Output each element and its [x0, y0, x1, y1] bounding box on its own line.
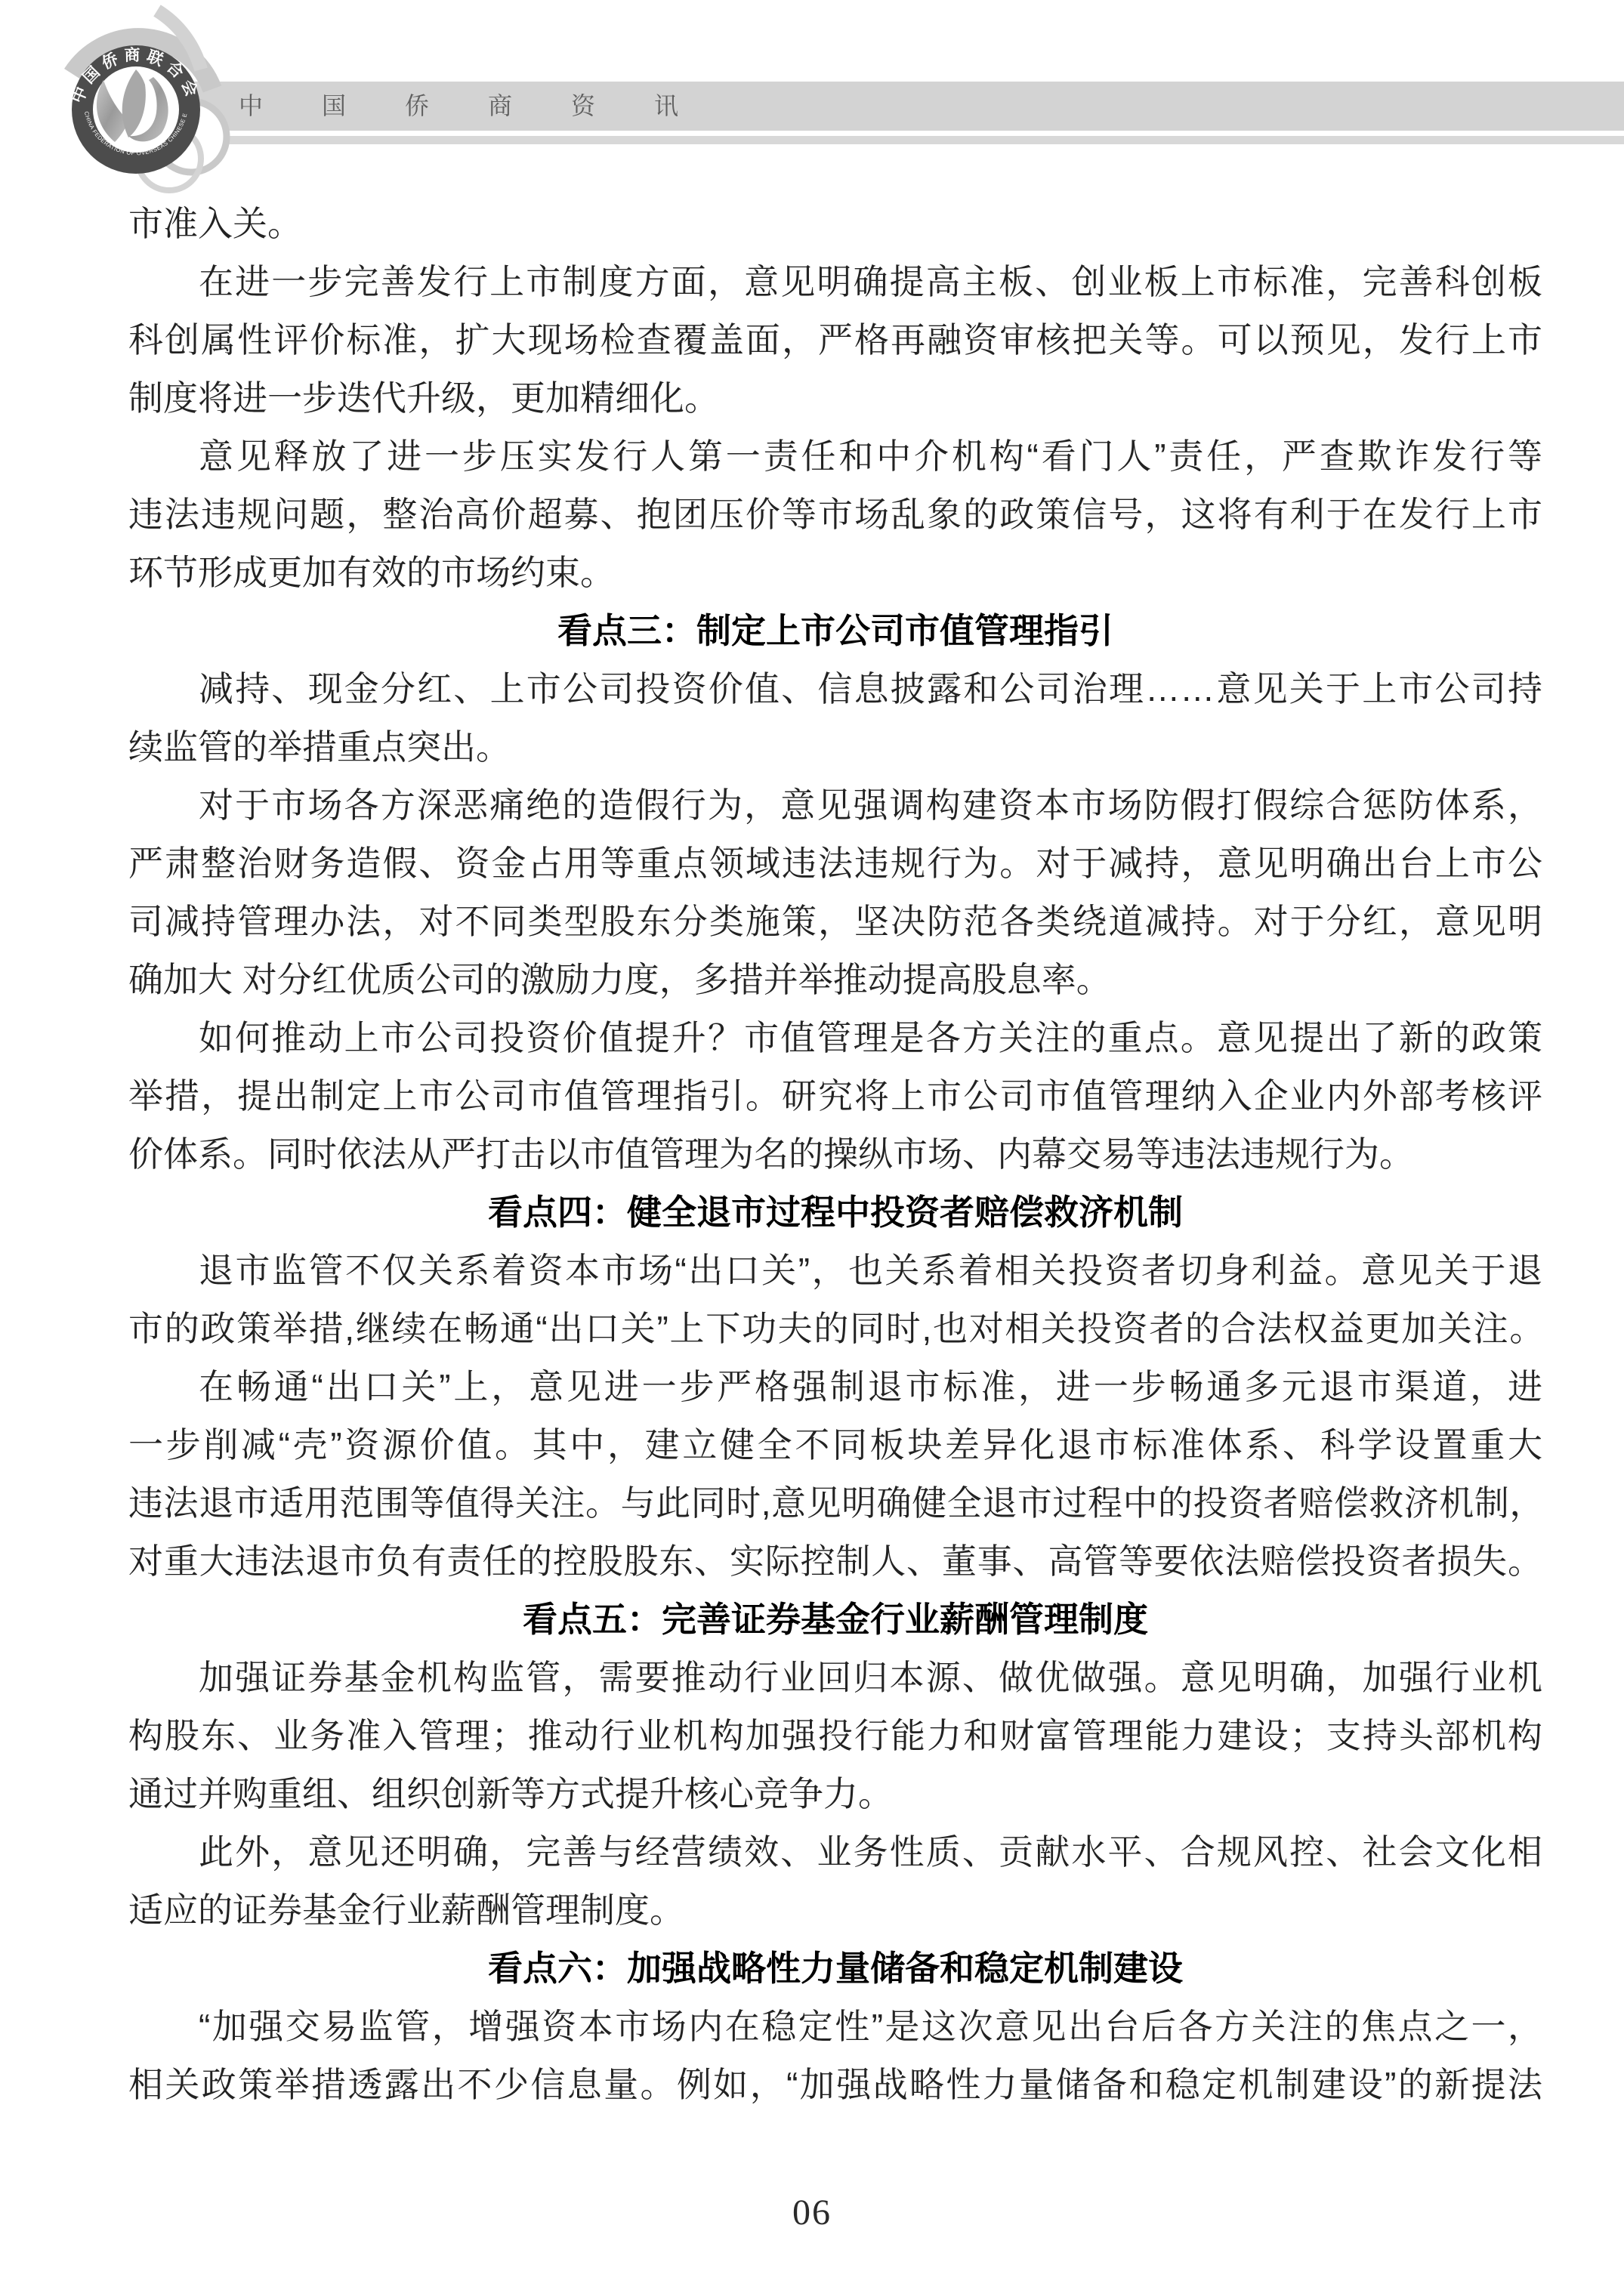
section-heading: 看点六：加强战略性力量储备和稳定机制建设 — [128, 1940, 1542, 1998]
text-line: 通过并购重组、组织创新等方式提升核心竞争力。 — [128, 1765, 1542, 1823]
text-line: 此外，意见还明确，完善与经营绩效、业务性质、贡献水平、合规风控、社会文化相 — [128, 1823, 1542, 1881]
federation-logo-icon: 中国侨商联合会 CHINA FEDERATION OF OVERSEAS CHI… — [0, 0, 257, 204]
text-line: 对于市场各方深恶痛绝的造假行为，意见强调构建资本市场防假打假综合惩防体系， — [128, 776, 1542, 835]
publication-title: 中国侨商资讯 — [239, 82, 737, 131]
page: 中国侨商资讯 中国侨商联合会 CHIN — [0, 0, 1624, 2293]
text-line: 环节形成更加有效的市场约束。 — [128, 544, 1542, 602]
page-number: 06 — [0, 2192, 1624, 2233]
text-line: 市准入关。 — [128, 195, 1542, 253]
text-line: 严肃整治财务造假、资金占用等重点领域违法违规行为。对于减持，意见明确出台上市公 — [128, 835, 1542, 893]
text-line: 对重大违法退市负有责任的控股股东、实际控制人、董事、高管等要依法赔偿投资者损失。 — [128, 1532, 1542, 1591]
article-body: 市准入关。在进一步完善发行上市制度方面，意见明确提高主板、创业板上市标准，完善科… — [128, 195, 1542, 2114]
text-line: 举措，提出制定上市公司市值管理指引。研究将上市公司市值管理纳入企业内外部考核评 — [128, 1067, 1542, 1125]
text-line: 在畅通“出口关”上，意见进一步严格强制退市标准，进一步畅通多元退市渠道，进 — [128, 1358, 1542, 1416]
text-line: 违法退市适用范围等值得关注。与此同时,意见明确健全退市过程中的投资者赔偿救济机制… — [128, 1474, 1542, 1532]
header-band-thin — [198, 136, 1624, 144]
text-line: 司减持管理办法，对不同类型股东分类施策，坚决防范各类绕道减持。对于分红，意见明 — [128, 893, 1542, 951]
text-line: 加强证券基金机构监管，需要推动行业回归本源、做优做强。意见明确，加强行业机 — [128, 1649, 1542, 1707]
text-line: 违法违规问题，整治高价超募、抱团压价等市场乱象的政策信号，这将有利于在发行上市 — [128, 486, 1542, 544]
section-heading: 看点三：制定上市公司市值管理指引 — [128, 602, 1542, 660]
text-line: 价体系。同时依法从严打击以市值管理为名的操纵市场、内幕交易等违法违规行为。 — [128, 1125, 1542, 1184]
text-line: “加强交易监管，增强资本市场内在稳定性”是这次意见出台后各方关注的焦点之一， — [128, 1998, 1542, 2056]
text-line: 科创属性评价标准，扩大现场检查覆盖面，严格再融资审核把关等。可以预见，发行上市 — [128, 311, 1542, 369]
text-line: 制度将进一步迭代升级，更加精细化。 — [128, 369, 1542, 427]
text-line: 续监管的举措重点突出。 — [128, 718, 1542, 776]
text-line: 适应的证券基金行业薪酬管理制度。 — [128, 1881, 1542, 1940]
text-line: 减持、现金分红、上市公司投资价值、信息披露和公司治理……意见关于上市公司持 — [128, 660, 1542, 718]
text-line: 如何推动上市公司投资价值提升？市值管理是各方关注的重点。意见提出了新的政策 — [128, 1009, 1542, 1067]
text-line: 在进一步完善发行上市制度方面，意见明确提高主板、创业板上市标准，完善科创板 — [128, 253, 1542, 311]
text-lines: 市准入关。在进一步完善发行上市制度方面，意见明确提高主板、创业板上市标准，完善科… — [128, 195, 1542, 2114]
text-line: 构股东、业务准入管理；推动行业机构加强投行能力和财富管理能力建设；支持头部机构 — [128, 1707, 1542, 1765]
text-line: 确加大 对分红优质公司的激励力度，多措并举推动提高股息率。 — [128, 951, 1542, 1009]
section-heading: 看点五：完善证券基金行业薪酬管理制度 — [128, 1591, 1542, 1649]
text-line: 一步削减“壳”资源价值。其中，建立健全不同板块差异化退市标准体系、科学设置重大 — [128, 1416, 1542, 1474]
text-line: 意见释放了进一步压实发行人第一责任和中介机构“看门人”责任，严查欺诈发行等 — [128, 427, 1542, 486]
text-line: 相关政策举措透露出不少信息量。例如，“加强战略性力量储备和稳定机制建设”的新提法 — [128, 2056, 1542, 2114]
section-heading: 看点四：健全退市过程中投资者赔偿救济机制 — [128, 1184, 1542, 1242]
text-line: 退市监管不仅关系着资本市场“出口关”，也关系着相关投资者切身利益。意见关于退 — [128, 1242, 1542, 1300]
text-line: 市的政策举措,继续在畅通“出口关”上下功夫的同时,也对相关投资者的合法权益更加关… — [128, 1300, 1542, 1358]
